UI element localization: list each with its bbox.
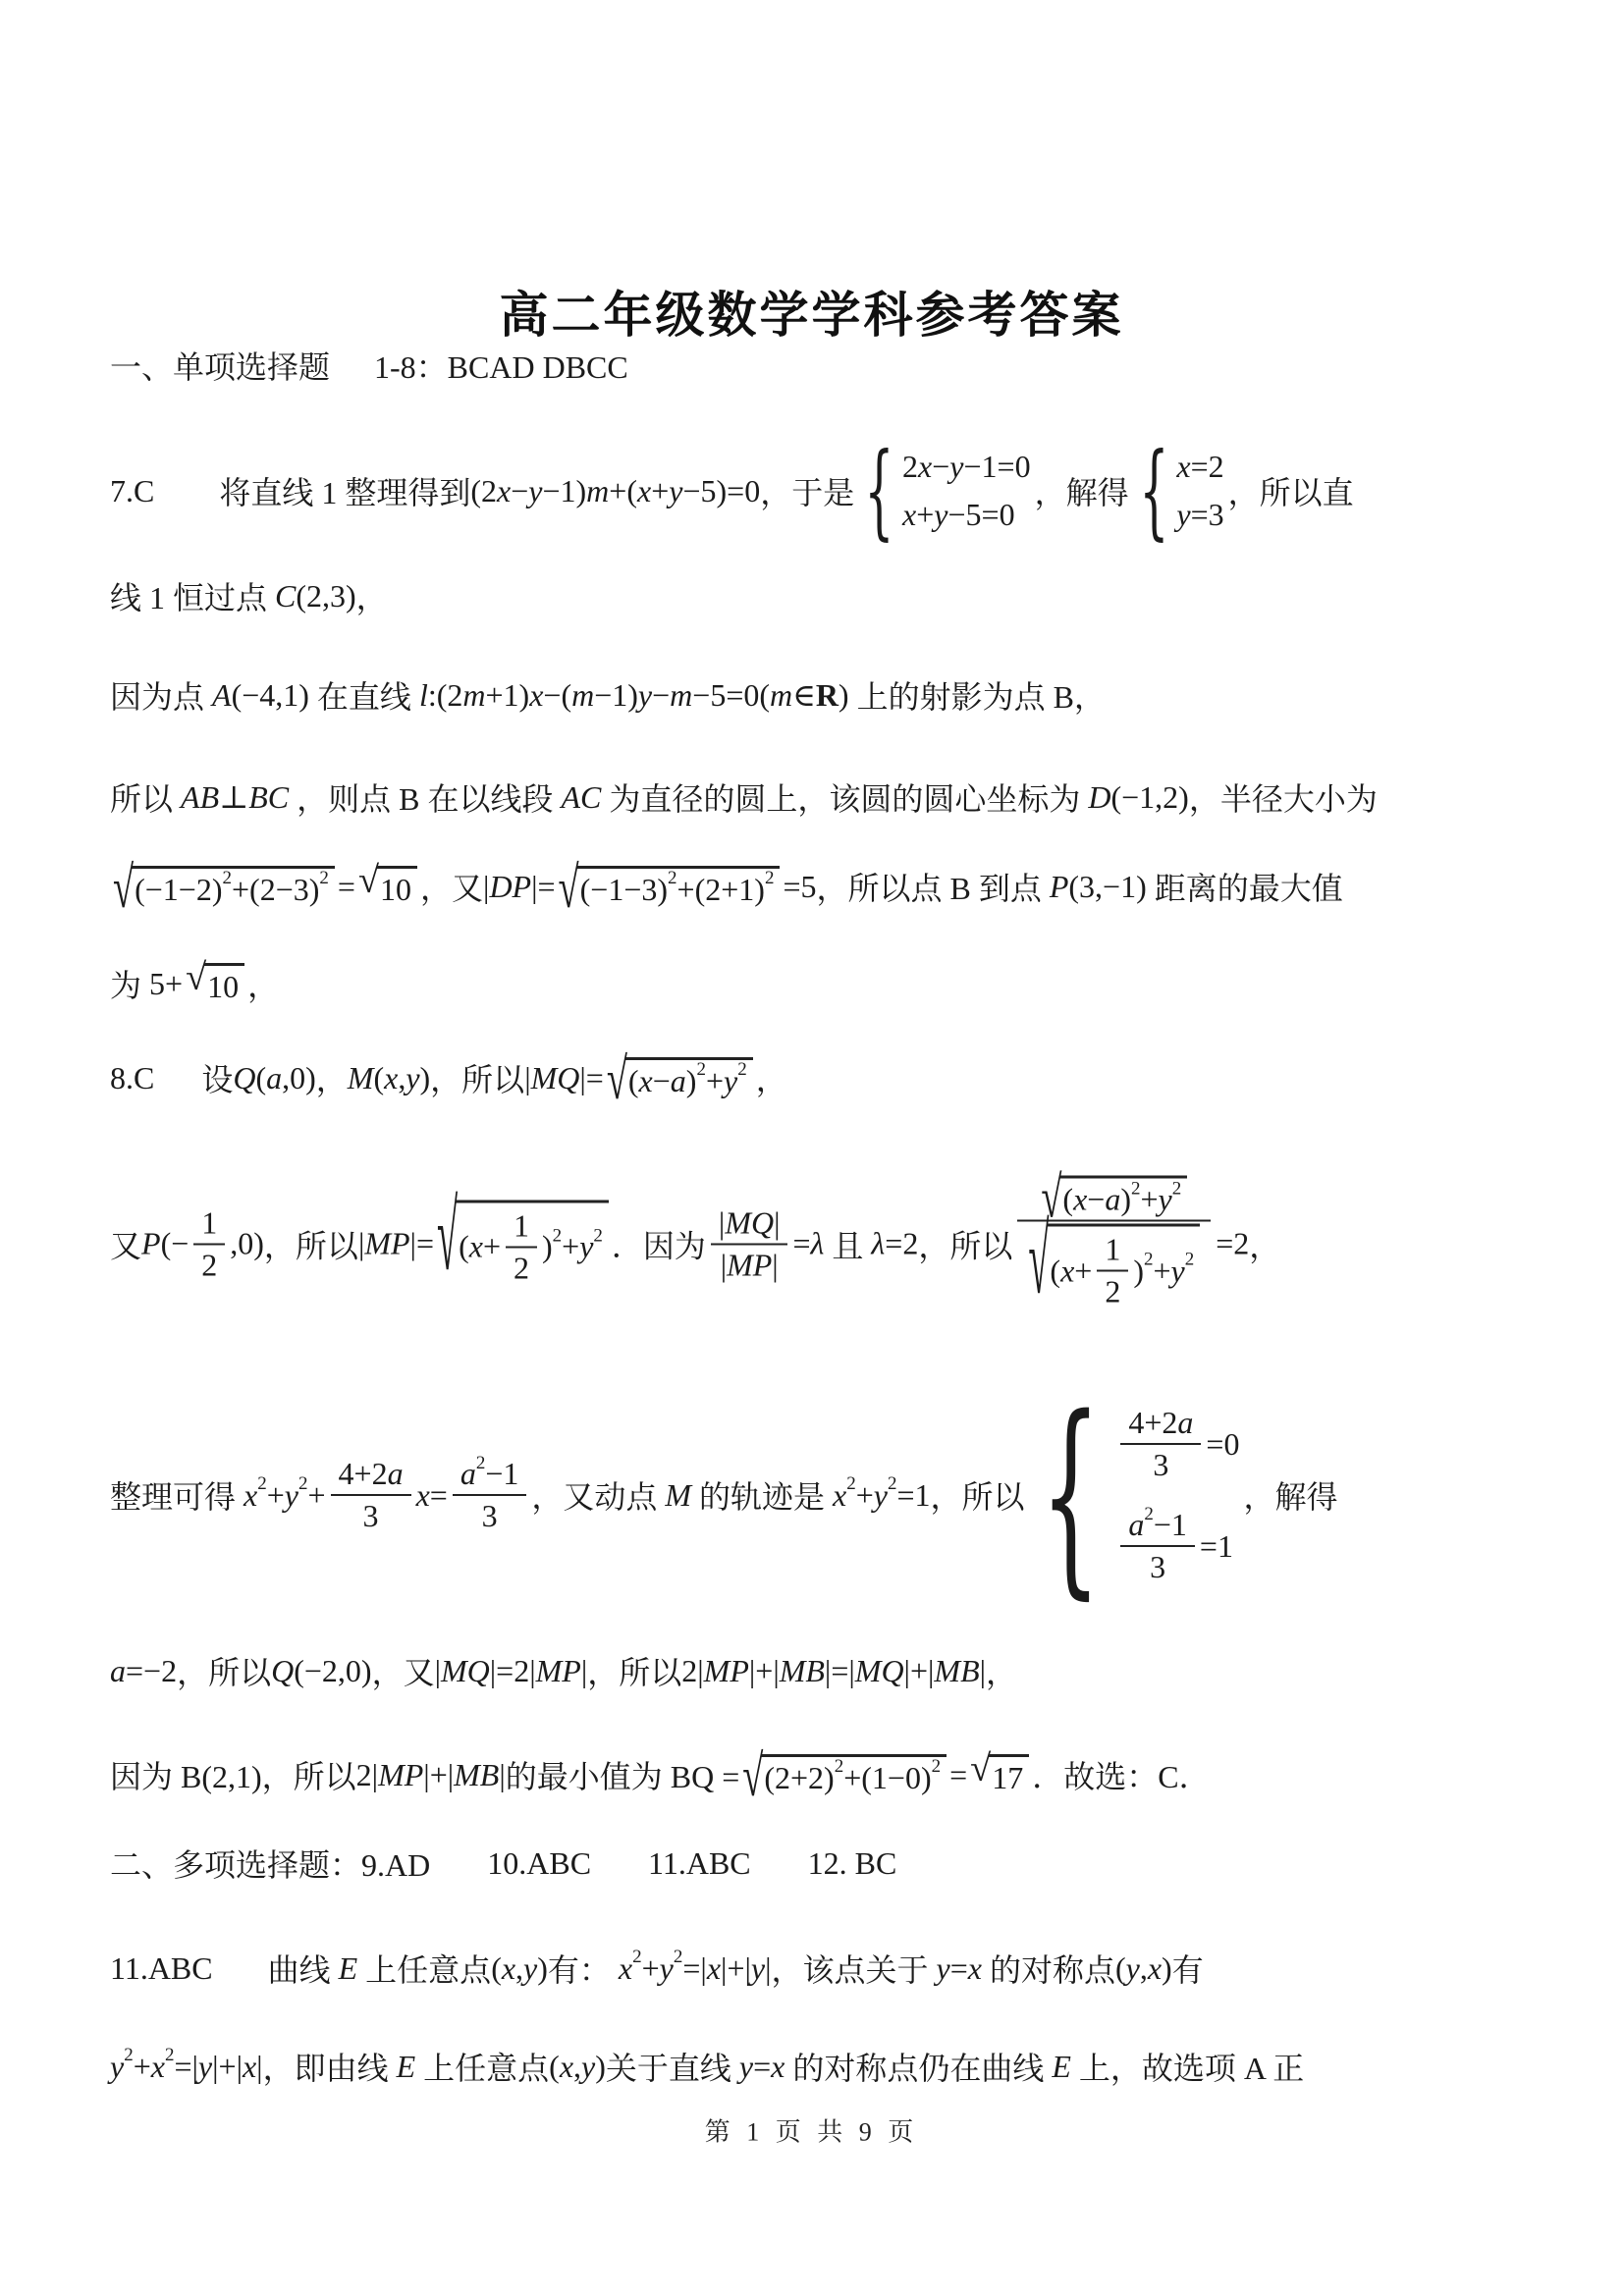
radical-sign: √	[1028, 1224, 1049, 1305]
text-run: 3	[363, 1498, 379, 1534]
text-run: |MQ|=2|MP|	[435, 1653, 588, 1689]
radical: √10	[186, 963, 244, 1005]
text-run: |MQ|	[719, 1204, 781, 1241]
denominator: 3	[331, 1494, 411, 1536]
text-run: 10	[380, 872, 411, 908]
text-run: x=2	[1176, 449, 1223, 485]
text-run: +y	[267, 1477, 298, 1514]
text-run: +x	[134, 2049, 165, 2085]
superscript: 2	[298, 1473, 308, 1495]
denominator: 3	[1120, 1545, 1195, 1587]
text-run: 又	[110, 1221, 141, 1266]
text-run: E	[331, 1950, 366, 1987]
denominator: 2	[193, 1243, 225, 1285]
text-run: 在直线	[317, 672, 411, 718]
text-run: ，所以	[430, 1055, 524, 1100]
text-run: =5	[783, 869, 816, 905]
cases-group: {2x−y−1=0x+y−5=0	[858, 443, 1030, 539]
text-run: 一、单项选择题	[110, 343, 330, 388]
text-run: =1	[897, 1477, 931, 1514]
text-run: x+y−5=0	[902, 497, 1015, 533]
spacer	[213, 1967, 268, 1969]
text-run: R	[816, 677, 839, 714]
text-run: 所以	[110, 774, 173, 820]
text-run: (2x−y−1)m+(x+y−5)=0	[470, 473, 760, 509]
radicand: (2+2)2+(1−0)2	[761, 1754, 947, 1796]
text-run: 10	[207, 969, 239, 1005]
left-brace-icon: {	[1040, 1400, 1101, 1590]
line-q8-step2: 又P(−12,0)，所以|MP|=√(x+12)2+y2．因为|MQ||MP|=…	[110, 1174, 1584, 1314]
superscript: 2	[932, 1756, 942, 1778]
text-run: x	[619, 1950, 632, 1987]
text-run: C(2,3)	[267, 578, 356, 614]
radical: √10	[358, 866, 417, 908]
text-run: 7.C	[110, 473, 154, 509]
text-run: x=	[416, 1477, 448, 1514]
radical-sign: √	[358, 866, 379, 896]
radical: √(x−a)2+y2	[607, 1057, 753, 1099]
text-run: ，又	[372, 1648, 435, 1693]
text-run: 1	[514, 1207, 529, 1244]
text-run: 2|MP|+|MB|	[356, 1757, 506, 1793]
radical: √(−1−2)2+(2−3)2	[113, 866, 335, 908]
text-run: |MQ|=	[524, 1060, 604, 1096]
cases-row: x=2	[1176, 443, 1223, 491]
text-run: 为	[110, 961, 141, 1006]
spacer	[430, 1862, 487, 1864]
text-run: M(x,y)	[348, 1060, 430, 1096]
cases-row: x+y−5=0	[902, 491, 1031, 539]
cases-row: y=3	[1176, 491, 1223, 539]
text-run: 2	[514, 1250, 529, 1286]
text-run: P(3,−1)	[1042, 869, 1155, 905]
text-run: a	[460, 1456, 476, 1492]
numerator: a2−1	[453, 1454, 527, 1494]
text-run: 3	[1150, 1549, 1165, 1585]
text-run: ，半径大小为	[1189, 774, 1378, 820]
superscript: 2	[765, 868, 775, 889]
radicand: 17	[989, 1754, 1029, 1796]
line-q7-step1: 7.C将直线 1 整理得到(2x−y−1)m+(x+y−5)=0，于是{2x−y…	[110, 443, 1584, 539]
text-run: x	[825, 1477, 846, 1514]
text-run: a=−2	[110, 1653, 177, 1689]
line-q8-step5: 因为 B(2,1)，所以2|MP|+|MB|的最小值为 BQ =√(2+2)2+…	[110, 1752, 1584, 1797]
superscript: 2	[165, 2045, 175, 2066]
text-run: =λ	[792, 1226, 824, 1262]
radical: √(−1−3)2+(2+1)2	[559, 866, 781, 908]
numerator: 4+2a	[331, 1454, 411, 1494]
text-run: ，	[1249, 1221, 1280, 1266]
denominator: 3	[1120, 1443, 1201, 1485]
text-run: 12. BC	[808, 1845, 897, 1882]
fraction: 12	[1097, 1230, 1128, 1312]
line-q11-step2: y2+x2=|y|+|x|，即由线 E 上任意点(x,y)关于直线 y=x 的对…	[110, 2044, 1584, 2089]
text-run: D(−1,2)	[1080, 779, 1188, 816]
text-run: 11.ABC	[648, 1845, 751, 1882]
text-run: =|y|+|x|	[174, 2049, 262, 2085]
radicand: (x−a)2+y2	[625, 1057, 753, 1099]
cases-rows: x=2y=3	[1176, 443, 1223, 539]
denominator: √(x+12)2+y2	[1017, 1220, 1211, 1314]
text-run: AB⊥BC	[173, 778, 297, 816]
text-run: 有	[1172, 1946, 1204, 1991]
cases-rows: 4+2a3=0a2−13=1	[1115, 1393, 1239, 1597]
text-run: ，解得	[1035, 468, 1129, 513]
text-run: ，	[756, 1055, 787, 1100]
text-run: 曲线	[268, 1946, 331, 1991]
text-run: +y	[642, 1950, 674, 1987]
text-run: y	[110, 2049, 124, 2085]
text-run: ，	[247, 961, 279, 1006]
superscript: 2	[124, 2045, 134, 2066]
fraction: 4+2a3	[331, 1454, 411, 1536]
text-run: 上任意点	[423, 2044, 549, 2089]
denominator: |MP|	[711, 1243, 788, 1285]
text-run: 3	[482, 1498, 498, 1534]
line-q8-step4: a=−2，所以Q(−2,0)，又|MQ|=2|MP|，所以2|MP|+|MB|=…	[110, 1648, 1584, 1693]
numerator: 1	[193, 1202, 225, 1243]
text-run: 2|MP|+|MB|=|MQ|+|MB|	[681, 1653, 986, 1689]
text-run: +(2−3)	[232, 872, 319, 908]
text-run: (−1−3)	[580, 872, 668, 908]
text-run: x	[236, 1477, 257, 1514]
superscript: 2	[1144, 1504, 1154, 1525]
text-run: (x,y)	[549, 2049, 606, 2085]
document-page: 高二年级数学学科参考答案 一、单项选择题1-8：BCAD DBCC7.C将直线 …	[0, 0, 1623, 2296]
numerator: |MQ|	[711, 1202, 788, 1243]
superscript: 2	[668, 868, 677, 889]
numerator: 1	[1097, 1230, 1128, 1270]
radical-sign: √	[559, 866, 579, 914]
text-run: (2+2)	[764, 1760, 834, 1796]
text-run: +y	[706, 1063, 737, 1099]
text-run: 1	[201, 1204, 217, 1241]
text-run: |MP|=	[358, 1226, 434, 1262]
fraction: √(x−a)2+y2√(x+12)2+y2	[1017, 1174, 1211, 1314]
text-run: 的轨迹是	[699, 1472, 825, 1518]
superscript: 2	[846, 1473, 856, 1495]
left-brace-icon: {	[1139, 445, 1168, 538]
text-run: ，则点 B 在以线段	[297, 774, 553, 820]
text-run: 线 1 恒过点	[110, 573, 267, 618]
text-run: 2	[201, 1247, 217, 1283]
text-run: ．故选：C．	[1032, 1752, 1210, 1797]
fraction: |MQ||MP|	[711, 1202, 788, 1285]
superscript: 2	[1185, 1250, 1195, 1271]
text-run: y=x	[731, 2049, 792, 2085]
text-run: 2x−y−1=0	[902, 449, 1031, 485]
cases-row: 4+2a3=0	[1115, 1393, 1239, 1495]
text-run: +(2+1)	[677, 872, 765, 908]
line-q7-step2: 线 1 恒过点 C(2,3)，	[110, 573, 1584, 618]
radicand: (−1−3)2+(2+1)2	[577, 866, 781, 908]
radical: √17	[970, 1754, 1029, 1796]
section-single-choice: 一、单项选择题1-8：BCAD DBCC	[110, 343, 1584, 388]
numerator: a2−1	[1120, 1505, 1195, 1545]
superscript: 2	[737, 1059, 747, 1081]
line-q7-step3: 因为点 A(−4,1) 在直线 l:(2m+1)x−(m−1)y−m−5=0(m…	[110, 672, 1584, 718]
text-run: 8.C	[110, 1060, 154, 1096]
superscript: 2	[222, 868, 232, 889]
superscript: 2	[1172, 1178, 1182, 1200]
text-run: +y	[562, 1229, 593, 1265]
radical-sign: √	[607, 1057, 627, 1105]
radicand: (x−a)2+y2	[1059, 1176, 1187, 1218]
text-run: =	[949, 1757, 967, 1793]
text-run: λ=2	[871, 1226, 918, 1262]
superscript: 2	[835, 1756, 844, 1778]
text-run: 距离的最大值	[1155, 864, 1343, 909]
line-q8-step3: 整理可得 x2+y2+4+2a3x=a2−13，又动点 M 的轨迹是 x2+y2…	[110, 1393, 1584, 1597]
text-run: 2	[1105, 1274, 1120, 1310]
numerator: 1	[506, 1205, 537, 1246]
text-run: ，又	[420, 864, 483, 909]
text-run: 二、多项选择题：9.AD	[110, 1841, 430, 1886]
line-q8-step1: 8.C设Q(a,0)，M(x,y)，所以|MQ|=√(x−a)2+y2，	[110, 1055, 1584, 1100]
text-run: ，所以	[918, 1221, 1012, 1266]
text-run: )	[1133, 1253, 1144, 1289]
text-run: l:(2m+1)x−(m−1)y−m−5=0(m∈	[411, 676, 816, 714]
radicand: 10	[204, 963, 244, 1005]
text-run: ，又动点	[531, 1472, 657, 1518]
text-run: 10.ABC	[487, 1845, 591, 1882]
cases-group: {4+2a3=0a2−13=1	[1029, 1393, 1240, 1597]
text-run: 关于直线	[606, 2044, 731, 2089]
spacer	[330, 364, 374, 366]
superscript: 2	[696, 1059, 706, 1081]
text-run: 上，故选项 A 正	[1079, 2044, 1304, 2089]
denominator: 2	[1097, 1270, 1128, 1312]
radicand: 10	[377, 866, 417, 908]
text-run: (x,y)	[491, 1950, 548, 1987]
text-run: (x+	[1050, 1253, 1092, 1289]
text-run: Q(a,0)	[233, 1060, 315, 1096]
text-run: 1	[1105, 1232, 1120, 1268]
denominator: 2	[506, 1246, 537, 1288]
text-run: 4+2a	[1128, 1405, 1193, 1441]
text-run: ，所以	[587, 1648, 681, 1693]
fraction: a2−13	[453, 1454, 527, 1536]
text-run: +(1−0)	[843, 1760, 931, 1796]
superscript: 2	[319, 868, 329, 889]
text-run: ,0)	[230, 1226, 264, 1262]
line-q11-step1: 11.ABC曲线 E 上任意点(x,y)有： x2+y2=|x|+|y|，该点关…	[110, 1946, 1584, 1991]
text-run: ，所以	[931, 1472, 1025, 1518]
text-run: −1	[485, 1456, 518, 1492]
text-run: ，即由线	[263, 2044, 389, 2089]
text-run: =2	[1216, 1226, 1249, 1262]
text-run: 将直线 1 整理得到	[219, 468, 470, 513]
text-run: ，所以	[264, 1221, 358, 1266]
text-run: 为直径的圆上，该圆的圆心坐标为	[609, 774, 1080, 820]
text-run: +y	[1153, 1253, 1184, 1289]
radical: √(2+2)2+(1−0)2	[742, 1754, 947, 1796]
cases-row: a2−13=1	[1115, 1495, 1239, 1597]
text-run: =1	[1200, 1528, 1233, 1565]
text-run: ，该点关于	[772, 1946, 929, 1991]
radical-sign: √	[742, 1754, 763, 1802]
text-run: AC	[553, 779, 609, 816]
text-run: 因为点	[110, 672, 204, 718]
superscript: 2	[257, 1473, 267, 1495]
text-run: (x−a)	[1062, 1182, 1131, 1218]
text-run: )	[542, 1229, 553, 1265]
text-run: +y	[1140, 1182, 1171, 1218]
text-run: E	[389, 2049, 424, 2085]
cases-group: {x=2y=3	[1133, 443, 1224, 539]
text-run: ，所以点 B 到点	[816, 864, 1041, 909]
text-run: ．因为	[612, 1221, 706, 1266]
radicand: (x+12)2+y2	[456, 1200, 609, 1288]
text-run: 5+	[141, 966, 183, 1002]
left-brace-icon: {	[865, 445, 894, 538]
text-run: 3	[1153, 1447, 1168, 1483]
text-run: y=3	[1176, 497, 1223, 533]
text-run: −1	[1154, 1507, 1187, 1543]
text-run: 因为 B(2,1)，所以	[110, 1752, 356, 1797]
line-q7-step6: 为 5+√10，	[110, 961, 1584, 1006]
text-run: 11.ABC	[110, 1950, 213, 1987]
text-run: ，	[316, 1055, 348, 1100]
radical: √(x+12)2+y2	[1028, 1224, 1200, 1312]
text-run: (y,x)	[1115, 1950, 1172, 1987]
text-run: ，所以直	[1228, 468, 1354, 513]
text-run: 整理可得	[110, 1472, 236, 1518]
cases-rows: 2x−y−1=0x+y−5=0	[902, 443, 1031, 539]
spacer	[154, 490, 219, 492]
text-run: 上的射影为点 B，	[857, 672, 1106, 718]
text-run: ，	[356, 573, 388, 618]
text-run: |DP|=	[483, 869, 556, 905]
radical-sign: √	[186, 963, 206, 993]
page-footer: 第 1 页 共 9 页	[0, 2112, 1623, 2149]
fraction: 4+2a3	[1120, 1403, 1201, 1485]
radicand: (−1−2)2+(2−3)2	[132, 866, 335, 908]
text-run: a	[1128, 1507, 1144, 1543]
superscript: 2	[553, 1225, 563, 1247]
text-run: +	[307, 1477, 325, 1514]
denominator: 3	[453, 1494, 527, 1536]
line-q7-step5: √(−1−2)2+(2−3)2=√10，又|DP|=√(−1−3)2+(2+1)…	[110, 864, 1584, 909]
text-run: 的对称点	[990, 1946, 1115, 1991]
text-run: |MP|	[721, 1247, 779, 1283]
radicand: (x+12)2+y2	[1047, 1224, 1200, 1312]
text-run: (−1−2)	[135, 872, 222, 908]
superscript: 2	[1131, 1178, 1141, 1200]
fraction: 12	[193, 1202, 225, 1285]
text-run: P(−	[141, 1226, 189, 1262]
text-run: 的最小值为 BQ =	[506, 1752, 740, 1797]
superscript: 2	[1144, 1250, 1154, 1271]
superscript: 2	[888, 1473, 897, 1495]
text-run: 且	[824, 1221, 871, 1266]
superscript: 2	[593, 1225, 603, 1247]
radical: √(x+12)2+y2	[437, 1200, 609, 1288]
text-run: M	[657, 1477, 699, 1514]
page-title: 高二年级数学学科参考答案	[0, 276, 1623, 347]
text-run: 17	[992, 1760, 1023, 1796]
text-run: ，所以	[177, 1648, 271, 1693]
cases-row: 2x−y−1=0	[902, 443, 1031, 491]
text-run: 设	[201, 1055, 233, 1100]
spacer	[591, 1862, 648, 1864]
text-run: =0	[1206, 1426, 1239, 1463]
text-run: =|x|+|y|	[682, 1950, 771, 1987]
text-run: ，于是	[760, 468, 854, 513]
text-run: ，	[986, 1648, 1017, 1693]
text-run: (x−a)	[628, 1063, 697, 1099]
radical: √(x−a)2+y2	[1041, 1176, 1187, 1218]
numerator: 4+2a	[1120, 1403, 1201, 1443]
text-run: 有：	[548, 1946, 619, 1991]
section-multi-choice: 二、多项选择题：9.AD10.ABC11.ABC12. BC	[110, 1841, 1584, 1886]
text-run: 4+2a	[339, 1456, 404, 1492]
text-run: (x+	[459, 1229, 501, 1265]
superscript: 2	[674, 1947, 683, 1968]
text-run: y=x	[929, 1950, 990, 1987]
radical-sign: √	[437, 1200, 458, 1280]
spacer	[154, 1077, 201, 1079]
text-run: =	[338, 869, 355, 905]
fraction: a2−13	[1120, 1505, 1195, 1587]
line-q7-step4: 所以 AB⊥BC ，则点 B 在以线段 AC 为直径的圆上，该圆的圆心坐标为 D…	[110, 774, 1584, 820]
superscript: 2	[476, 1453, 486, 1474]
text-run: 的对称点仍在曲线	[792, 2044, 1044, 2089]
text-run: +y	[856, 1477, 888, 1514]
text-run: A(−4,1)	[204, 677, 317, 714]
superscript: 2	[632, 1947, 642, 1968]
radical-sign: √	[970, 1754, 991, 1785]
spacer	[751, 1862, 808, 1864]
radical-sign: √	[113, 866, 134, 914]
text-run: 1-8：BCAD DBCC	[374, 343, 628, 388]
text-run: E	[1044, 2049, 1079, 2085]
text-run: 上任意点	[365, 1946, 491, 1991]
text-run: Q(−2,0)	[271, 1653, 371, 1689]
text-run: ，解得	[1243, 1472, 1337, 1518]
text-run: )	[839, 677, 857, 714]
fraction: 12	[506, 1205, 537, 1288]
